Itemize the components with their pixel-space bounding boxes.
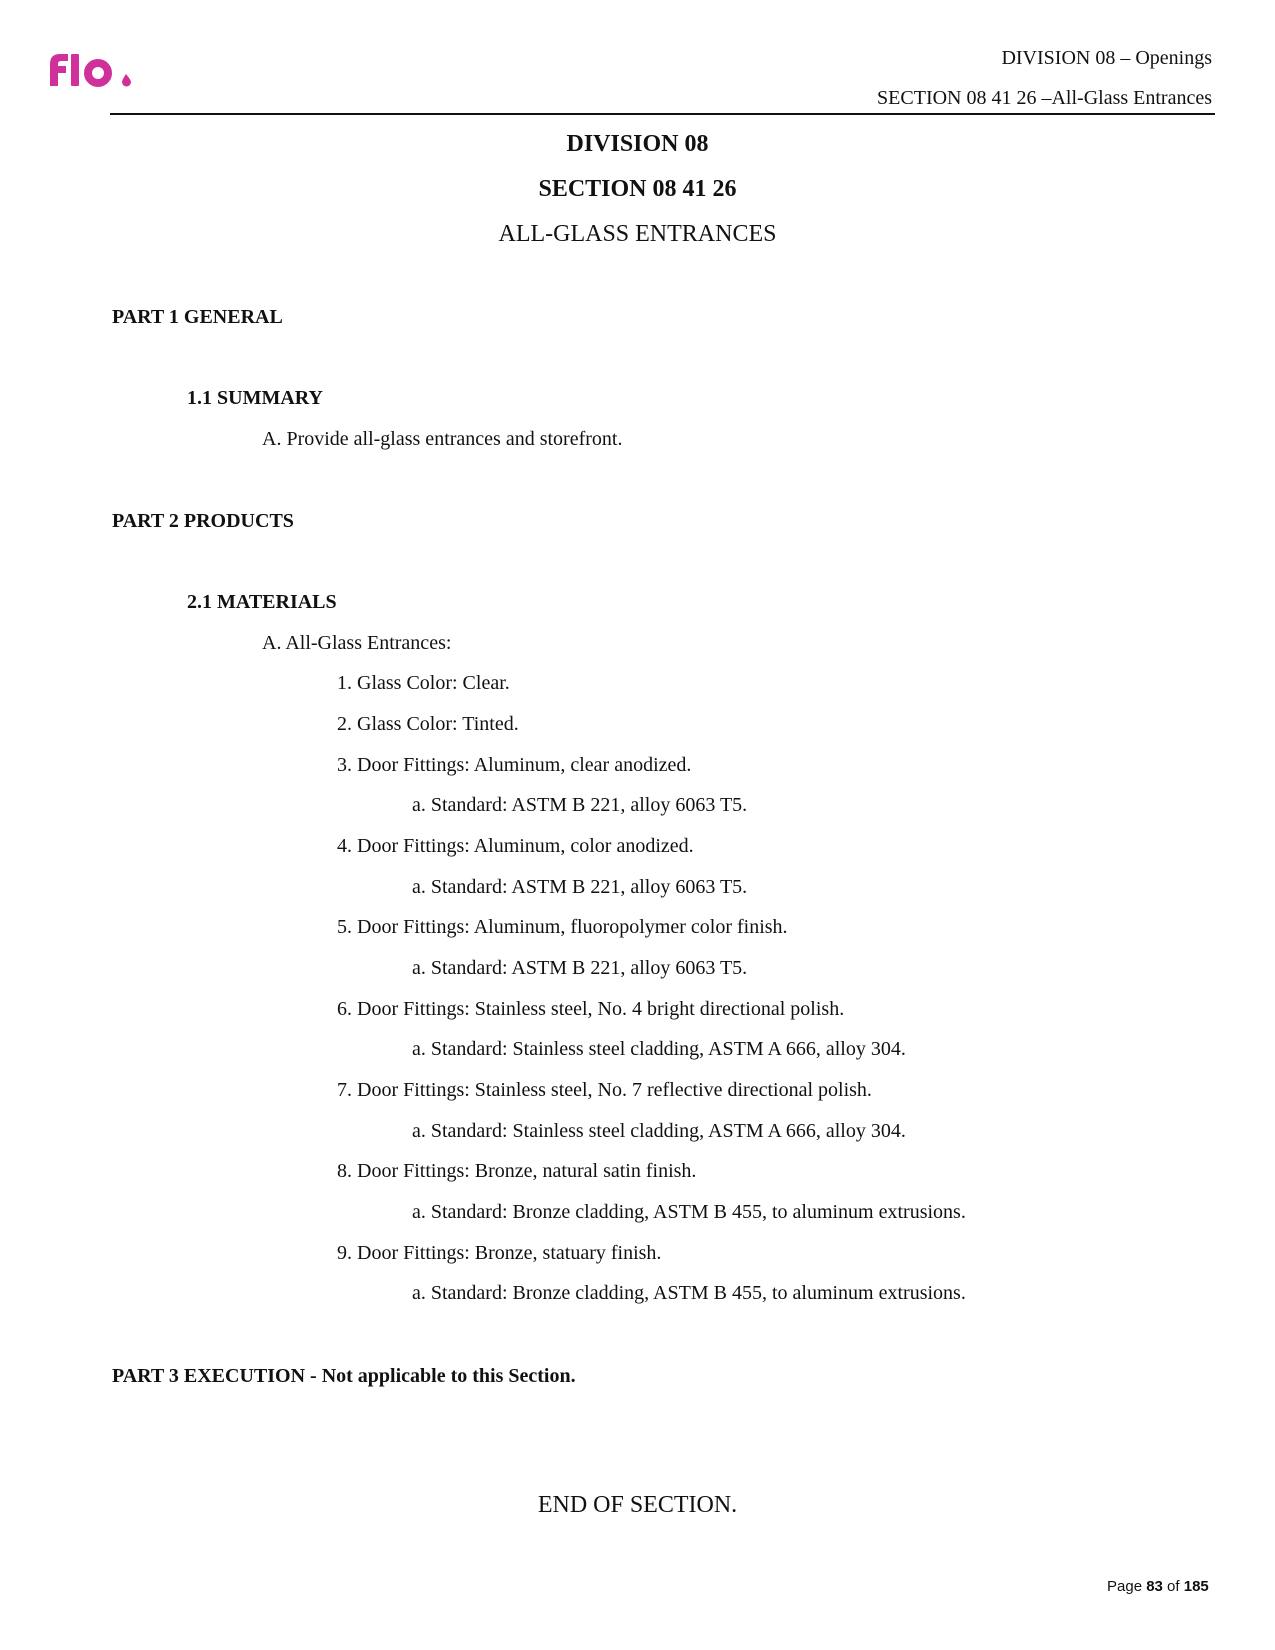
list-item: 2. Glass Color: Tinted. (337, 713, 519, 736)
part1-heading: PART 1 GENERAL (112, 306, 283, 329)
summary-item-a: A. Provide all-glass entrances and store… (262, 428, 622, 451)
list-subitem: a. Standard: Stainless steel cladding, A… (412, 1120, 906, 1143)
list-subitem: a. Standard: ASTM B 221, alloy 6063 T5. (412, 794, 747, 817)
list-subitem: a. Standard: Stainless steel cladding, A… (412, 1038, 906, 1061)
list-subitem: a. Standard: Bronze cladding, ASTM B 455… (412, 1282, 966, 1305)
list-item: 3. Door Fittings: Aluminum, clear anodiz… (337, 754, 691, 777)
materials-heading: 2.1 MATERIALS (187, 591, 337, 614)
division-title: DIVISION 08 (0, 131, 1275, 158)
list-item: 6. Door Fittings: Stainless steel, No. 4… (337, 998, 844, 1021)
section-title: SECTION 08 41 26 (0, 176, 1275, 203)
page-total: 185 (1184, 1578, 1209, 1595)
part2-heading: PART 2 PRODUCTS (112, 510, 294, 533)
part3-title: PART 3 EXECUTION (112, 1365, 305, 1387)
list-item: 8. Door Fittings: Bronze, natural satin … (337, 1160, 696, 1183)
list-item: 4. Door Fittings: Aluminum, color anodiz… (337, 835, 694, 858)
list-item: 7. Door Fittings: Stainless steel, No. 7… (337, 1079, 872, 1102)
list-item: 5. Door Fittings: Aluminum, fluoropolyme… (337, 916, 788, 939)
part3-heading: PART 3 EXECUTION - Not applicable to thi… (112, 1365, 576, 1388)
header-division: DIVISION 08 – Openings (1001, 48, 1212, 68)
header-section: SECTION 08 41 26 –All-Glass Entrances (877, 88, 1212, 108)
list-item: 9. Door Fittings: Bronze, statuary finis… (337, 1242, 661, 1265)
end-of-section: END OF SECTION. (0, 1492, 1275, 1519)
part3-note: - Not applicable to this Section. (305, 1365, 576, 1387)
header-divider (110, 113, 1215, 115)
flo-logo-icon (46, 50, 146, 88)
summary-heading: 1.1 SUMMARY (187, 387, 323, 410)
list-subitem: a. Standard: Bronze cladding, ASTM B 455… (412, 1201, 966, 1224)
list-subitem: a. Standard: ASTM B 221, alloy 6063 T5. (412, 876, 747, 899)
page-current: 83 (1146, 1578, 1163, 1595)
page-number: Page 83 of 185 (1107, 1578, 1209, 1595)
list-item: 1. Glass Color: Clear. (337, 672, 510, 695)
materials-item-a: A. All-Glass Entrances: (262, 632, 451, 655)
section-name: ALL-GLASS ENTRANCES (0, 221, 1275, 248)
page-label: Page (1107, 1578, 1146, 1595)
list-subitem: a. Standard: ASTM B 221, alloy 6063 T5. (412, 957, 747, 980)
page-of: of (1163, 1578, 1184, 1595)
brand-logo (46, 50, 146, 88)
